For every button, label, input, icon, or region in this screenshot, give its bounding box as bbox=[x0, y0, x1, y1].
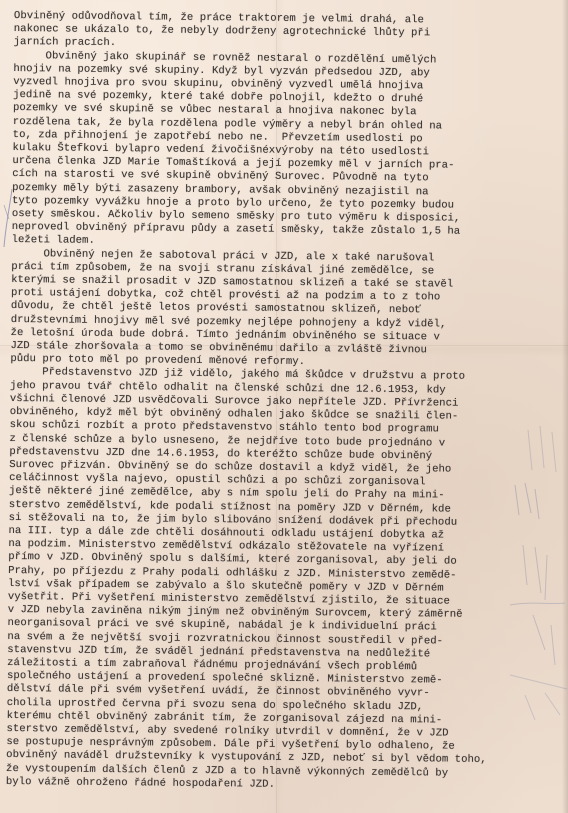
paragraph-3: Obviněný nejen že sabotoval práci v JZD,… bbox=[10, 248, 551, 372]
paragraph-1: Obviněný odůvodňoval tím, že práce trakt… bbox=[14, 10, 554, 55]
typewritten-page: Obviněný odůvodňoval tím, že práce trakt… bbox=[6, 10, 554, 795]
paragraph-2: Obviněný jako skupinář se rovněž nestara… bbox=[12, 50, 554, 254]
paragraph-4: Představenstvo JZD již vidělo, jakého má… bbox=[6, 366, 550, 794]
paper-edge-shadow bbox=[562, 0, 568, 813]
